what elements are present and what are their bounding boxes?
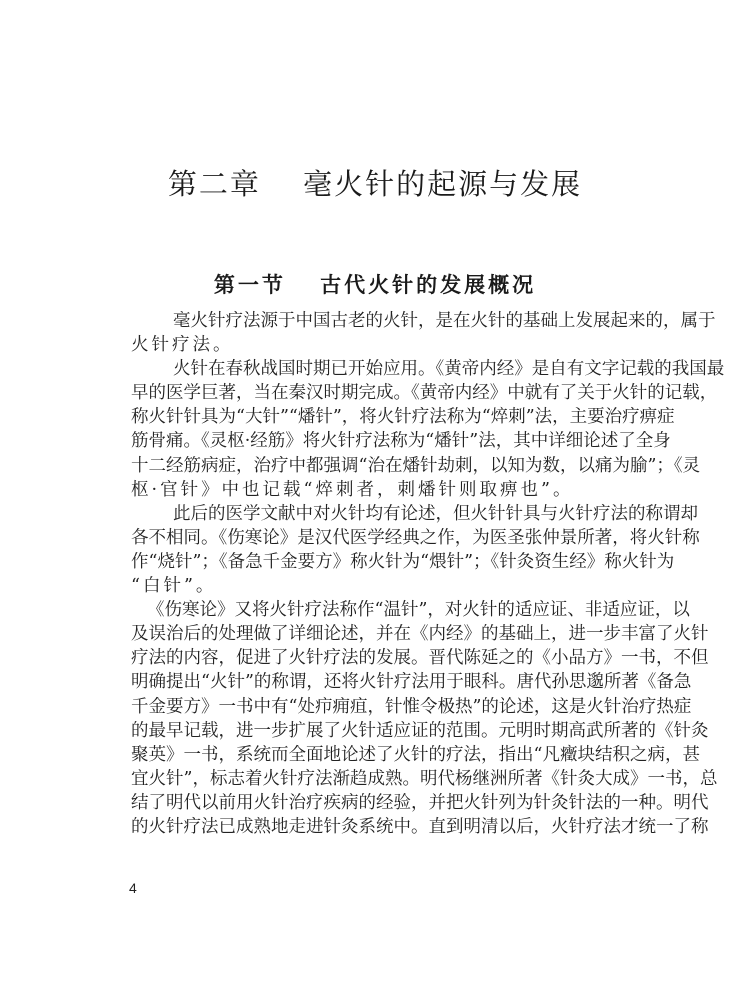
paragraph-3-line-1: 此后的医学文献中对火针均有论述，但火针针具与火针疗法的称谓却 [131, 502, 617, 526]
paragraph-4-line-9: 结了明代以前用火针治疗疾病的经验，并把火针列为针灸针法的一种。明代 [131, 791, 617, 815]
paragraph-4-line-7: 聚英》一书，系统而全面地论述了火针的疗法，指出“凡癥块结积之病，甚 [131, 743, 617, 767]
page-number: 4 [129, 880, 137, 896]
chapter-title: 第二章 毫火针的起源与发展 [0, 165, 750, 203]
paragraph-4-line-5: 千金要方》一书中有“处疖痈疽，针惟令极热”的论述，这是火针治疗热症 [131, 695, 617, 719]
paragraph-4-line-6: 的最早记载，进一步扩展了火针适应证的范围。元明时期高武所著的《针灸 [131, 719, 617, 743]
paragraph-2-line-4: 筋骨痛。《灵枢·经筋》将火针疗法称为“燔针”法，其中详细论述了全身 [131, 429, 617, 453]
paragraph-4-line-3: 疗法的内容，促进了火针疗法的发展。晋代陈延之的《小品方》一书，不但 [131, 646, 617, 670]
paragraph-3-line-2: 各不相同。《伤寒论》是汉代医学经典之作，为医圣张仲景所著，将火针称 [131, 526, 617, 550]
paragraph-3-line-4: “白针”。 [131, 574, 617, 598]
paragraph-4-line-1: 《伤寒论》又将火针疗法称作“温针”，对火针的适应证、非适应证，以 [131, 598, 617, 622]
paragraph-2-line-1: 火针在春秋战国时期已开始应用。《黄帝内经》是自有文字记载的我国最 [131, 357, 617, 381]
paragraph-2-line-5: 十二经筋病症，治疗中都强调“治在燔针劫刺，以知为数，以痛为腧”；《灵 [131, 454, 617, 478]
paragraph-4-line-2: 及误治后的处理做了详细论述，并在《内经》的基础上，进一步丰富了火针 [131, 622, 617, 646]
paragraph-3-line-3: 作“烧针”；《备急千金要方》称火针为“煨针”；《针灸资生经》称火针为 [131, 550, 617, 574]
paragraph-1-line-1: 毫火针疗法源于中国古老的火针，是在火针的基础上发展起来的，属于 [131, 309, 617, 333]
paragraph-4-line-4: 明确提出“火针”的称谓，还将火针疗法用于眼科。唐代孙思邈所著《备急 [131, 670, 617, 694]
section-title: 第一节 古代火针的发展概况 [0, 271, 750, 299]
paragraph-4-line-8: 宜火针”，标志着火针疗法渐趋成熟。明代杨继洲所著《针灸大成》一书，总 [131, 767, 617, 791]
paragraph-2-line-3: 称火针针具为“大针”“燔针”，将火针疗法称为“焠刺”法，主要治疗痹症 [131, 405, 617, 429]
paragraph-2-line-6: 枢·官针》中也记载“焠刺者，刺燔针则取痹也”。 [131, 478, 617, 502]
paragraph-4-line-10: 的火针疗法已成熟地走进针灸系统中。直到明清以后，火针疗法才统一了称 [131, 815, 617, 839]
paragraph-1-line-2: 火针疗法。 [131, 333, 617, 357]
paragraph-2-line-2: 早的医学巨著，当在秦汉时期完成。《黄帝内经》中就有了关于火针的记载， [131, 381, 617, 405]
body-text: 毫火针疗法源于中国古老的火针，是在火针的基础上发展起来的，属于 火针疗法。 火针… [131, 309, 617, 839]
